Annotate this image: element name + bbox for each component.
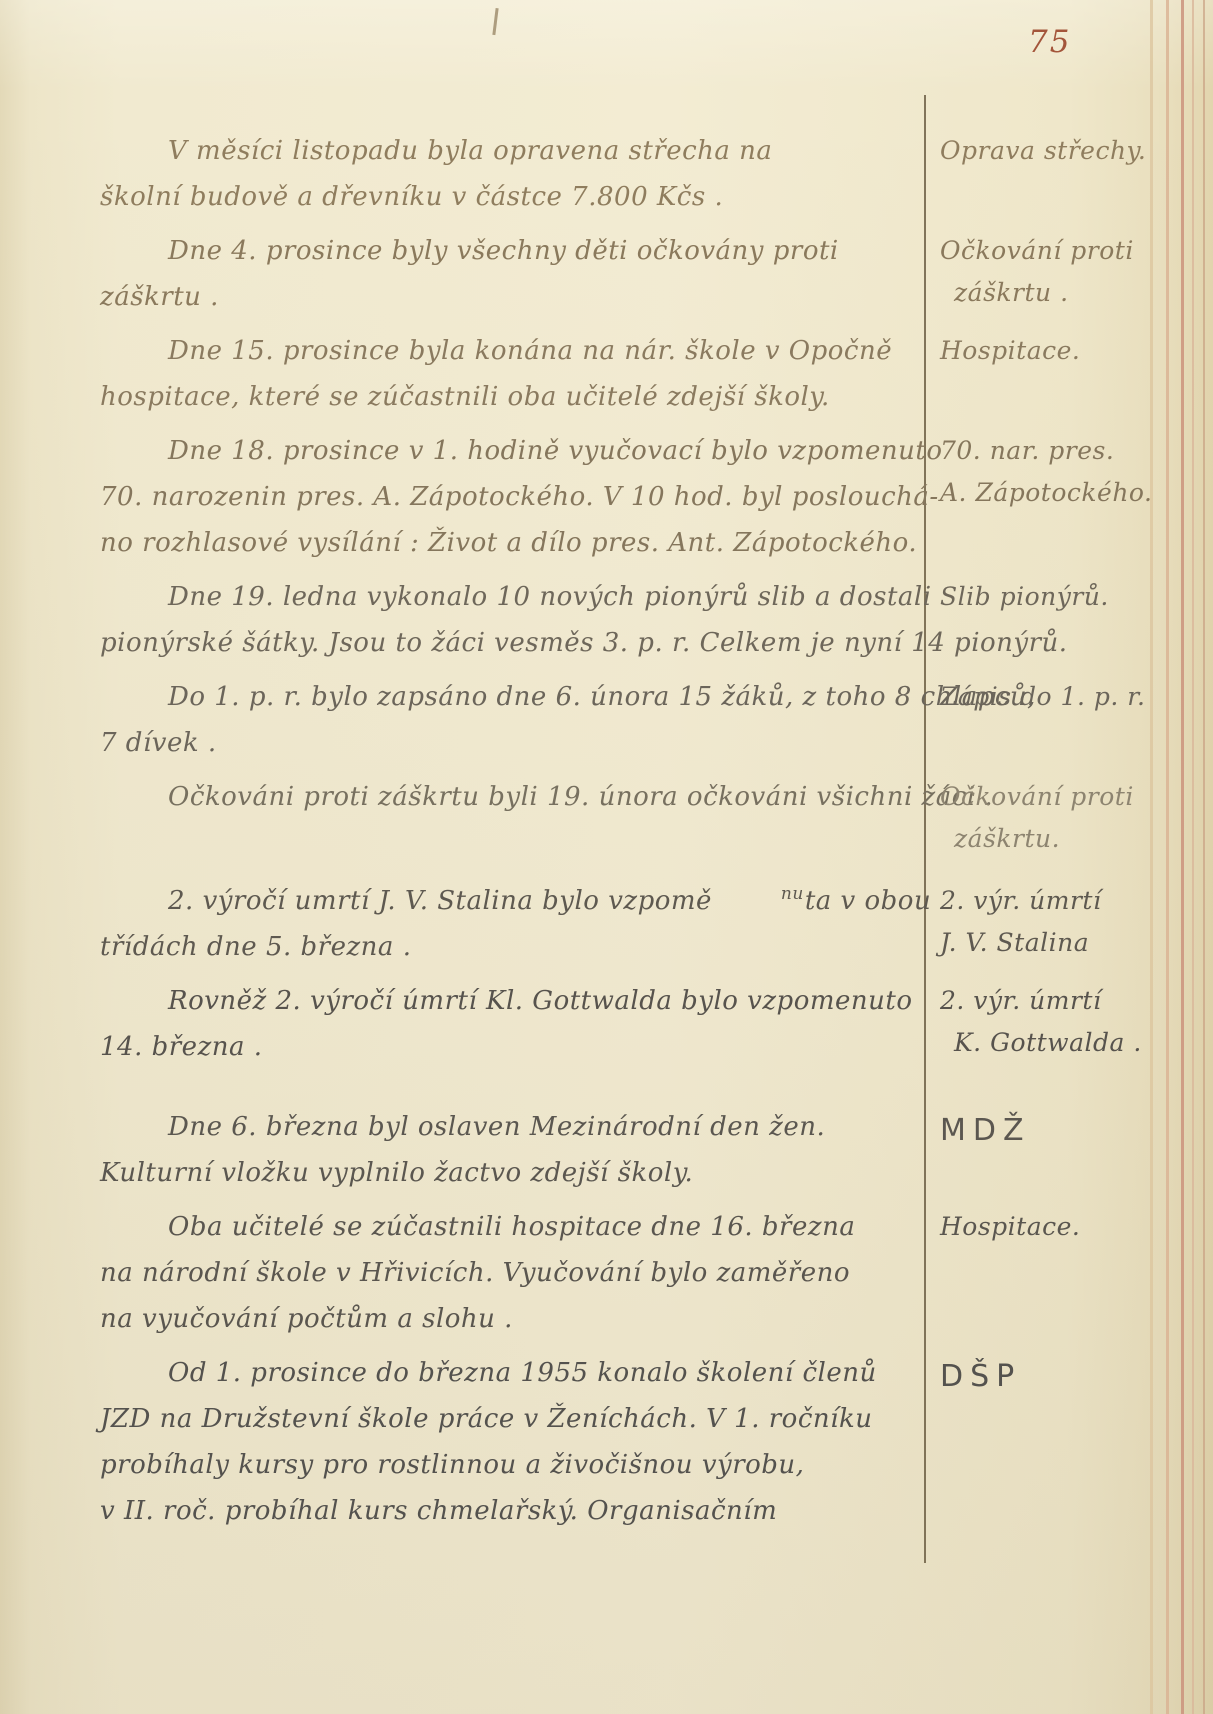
entry-line-segment: 2. výročí umrtí J. V. Stalina bylo vzpom… <box>168 886 712 916</box>
margin-note-line: Zápis do 1. p. r. <box>940 676 1160 718</box>
entry-text: Od 1. prosince do března 1955 konalo ško… <box>100 1350 924 1534</box>
entry-line: Dne 15. prosince byla konána na nár. ško… <box>100 328 924 374</box>
entry-line: Očkováni proti záškrtu byli 19. února oč… <box>100 774 924 820</box>
journal-entry-first-grade-enrolment: Do 1. p. r. bylo zapsáno dne 6. února 15… <box>100 674 1160 766</box>
entry-line: Do 1. p. r. bylo zapsáno dne 6. února 15… <box>100 674 924 720</box>
entry-text: 2. výročí umrtí J. V. Stalina bylo vzpom… <box>100 878 924 970</box>
page-edge-line <box>1192 0 1194 1714</box>
entry-line: JZD na Družstevní škole práce v Ženíchác… <box>100 1396 924 1442</box>
margin-note: DŠP <box>924 1350 1160 1534</box>
entry-text: Dne 15. prosince byla konána na nár. ško… <box>100 328 924 420</box>
entry-line: Kulturní vložku vyplnilo žactvo zdejší š… <box>100 1150 924 1196</box>
page-edge-line <box>1181 0 1184 1714</box>
journal-entry-pioneer-oath: Dne 19. ledna vykonalo 10 nových pionýrů… <box>100 574 1160 666</box>
entry-line-segment: ta v obou <box>805 886 931 916</box>
margin-note: Očkování proti záškrtu . <box>924 228 1160 320</box>
entry-line: 7 dívek . <box>100 720 924 766</box>
entry-line: Rovněž 2. výročí úmrtí Kl. Gottwalda byl… <box>100 978 924 1024</box>
margin-note-line: Očkování proti <box>940 230 1160 272</box>
entry-text: Rovněž 2. výročí úmrtí Kl. Gottwalda byl… <box>100 978 924 1070</box>
margin-note: Slib pionýrů. <box>924 574 1160 666</box>
entry-line: no rozhlasové vysílání : Život a dílo pr… <box>100 520 924 566</box>
entry-line: v II. roč. probíhal kurs chmelařský. Org… <box>100 1488 924 1534</box>
entry-line: Dne 18. prosince v 1. hodině vyučovací b… <box>100 428 924 474</box>
entry-line: Oba učitelé se zúčastnili hospitace dne … <box>100 1204 924 1250</box>
chronicle-page-content: V měsíci listopadu byla opravena střecha… <box>100 128 1160 1542</box>
margin-note: MDŽ <box>924 1104 1160 1196</box>
entry-text: Dne 19. ledna vykonalo 10 nových pionýrů… <box>100 574 924 666</box>
entry-line: záškrtu . <box>100 274 924 320</box>
entry-text: Dne 6. března byl oslaven Mezinárodní de… <box>100 1104 924 1196</box>
entry-line: na národní škole v Hřivicích. Vyučování … <box>100 1250 924 1296</box>
entry-line: Dne 6. března byl oslaven Mezinárodní de… <box>100 1104 924 1150</box>
entry-line: probíhaly kursy pro rostlinnou a živočiš… <box>100 1442 924 1488</box>
journal-entry-vaccination-feb: Očkováni proti záškrtu byli 19. února oč… <box>100 774 1160 860</box>
stray-ink-mark <box>492 8 498 35</box>
entry-line: Dne 19. ledna vykonalo 10 nových pionýrů… <box>100 574 924 620</box>
margin-note-line: Očkování proti <box>940 776 1160 818</box>
margin-note: Hospitace. <box>924 1204 1160 1342</box>
entry-line: třídách dne 5. března . <box>100 924 924 970</box>
entry-text: Očkováni proti záškrtu byli 19. února oč… <box>100 774 924 860</box>
journal-entry-gottwald-anniversary: Rovněž 2. výročí úmrtí Kl. Gottwalda byl… <box>100 978 1160 1070</box>
margin-note-line: K. Gottwalda . <box>940 1022 1160 1064</box>
journal-entry-vaccination-dec: Dne 4. prosince byly všechny děti očková… <box>100 228 1160 320</box>
journal-entry-zapotocky-birthday: Dne 18. prosince v 1. hodině vyučovací b… <box>100 428 1160 566</box>
margin-note-line: 2. výr. úmrtí <box>940 880 1160 922</box>
entry-line: pionýrské šátky. Jsou to žáci vesměs 3. … <box>100 620 924 666</box>
entry-line: Od 1. prosince do března 1955 konalo ško… <box>100 1350 924 1396</box>
entry-text: V měsíci listopadu byla opravena střecha… <box>100 128 924 220</box>
journal-entry-hospitace-opocno: Dne 15. prosince byla konána na nár. ško… <box>100 328 1160 420</box>
entry-line: 2. výročí umrtí J. V. Stalina bylo vzpom… <box>100 878 924 924</box>
margin-note: Očkování proti záškrtu. <box>924 774 1160 860</box>
margin-note-line: J. V. Stalina <box>940 922 1160 964</box>
margin-note-line: 2. výr. úmrtí <box>940 980 1160 1022</box>
margin-note-line: Oprava střechy. <box>940 130 1160 172</box>
journal-entry-stalin-anniversary: 2. výročí umrtí J. V. Stalina bylo vzpom… <box>100 878 1160 970</box>
margin-note-line: Hospitace. <box>940 330 1160 372</box>
page-number: 75 <box>1028 24 1071 60</box>
margin-note-line: 70. nar. pres. <box>940 430 1160 472</box>
entry-text: Dne 18. prosince v 1. hodině vyučovací b… <box>100 428 924 566</box>
entry-line: hospitace, které se zúčastnili oba učite… <box>100 374 924 420</box>
entry-line: 14. března . <box>100 1024 924 1070</box>
margin-note: Hospitace. <box>924 328 1160 420</box>
entry-line: Dne 4. prosince byly všechny děti očková… <box>100 228 924 274</box>
page-edge-line <box>1203 0 1205 1714</box>
margin-note: Oprava střechy. <box>924 128 1160 220</box>
entry-line: na vyučování počtům a slohu . <box>100 1296 924 1342</box>
margin-note: Zápis do 1. p. r. <box>924 674 1160 766</box>
entry-line: V měsíci listopadu byla opravena střecha… <box>100 128 924 174</box>
margin-note: 70. nar. pres. A. Zápotockého. <box>924 428 1160 566</box>
entry-text: Do 1. p. r. bylo zapsáno dne 6. února 15… <box>100 674 924 766</box>
journal-entry-cooperative-school: Od 1. prosince do března 1955 konalo ško… <box>100 1350 1160 1534</box>
margin-note: 2. výr. úmrtí J. V. Stalina <box>924 878 1160 970</box>
margin-note-line: DŠP <box>940 1356 1160 1398</box>
margin-note-line: A. Zápotockého. <box>940 472 1160 514</box>
margin-note-line: záškrtu . <box>940 272 1160 314</box>
journal-entry-roof-repair: V měsíci listopadu byla opravena střecha… <box>100 128 1160 220</box>
entry-line: 70. narozenin pres. A. Zápotockého. V 10… <box>100 474 924 520</box>
margin-note-line: Hospitace. <box>940 1206 1160 1248</box>
margin-note-line: MDŽ <box>940 1110 1160 1152</box>
margin-note: 2. výr. úmrtí K. Gottwalda . <box>924 978 1160 1070</box>
journal-entry-womens-day: Dne 6. března byl oslaven Mezinárodní de… <box>100 1104 1160 1196</box>
margin-note-line: Slib pionýrů. <box>940 576 1160 618</box>
journal-entry-hospitace-hrivice: Oba učitelé se zúčastnili hospitace dne … <box>100 1204 1160 1342</box>
margin-note-line: záškrtu. <box>940 818 1160 860</box>
entry-text: Oba učitelé se zúčastnili hospitace dne … <box>100 1204 924 1342</box>
page-edge-line <box>1166 0 1169 1714</box>
entry-text: Dne 4. prosince byly všechny děti očková… <box>100 228 924 320</box>
entry-line: školní budově a dřevníku v částce 7.800 … <box>100 174 924 220</box>
